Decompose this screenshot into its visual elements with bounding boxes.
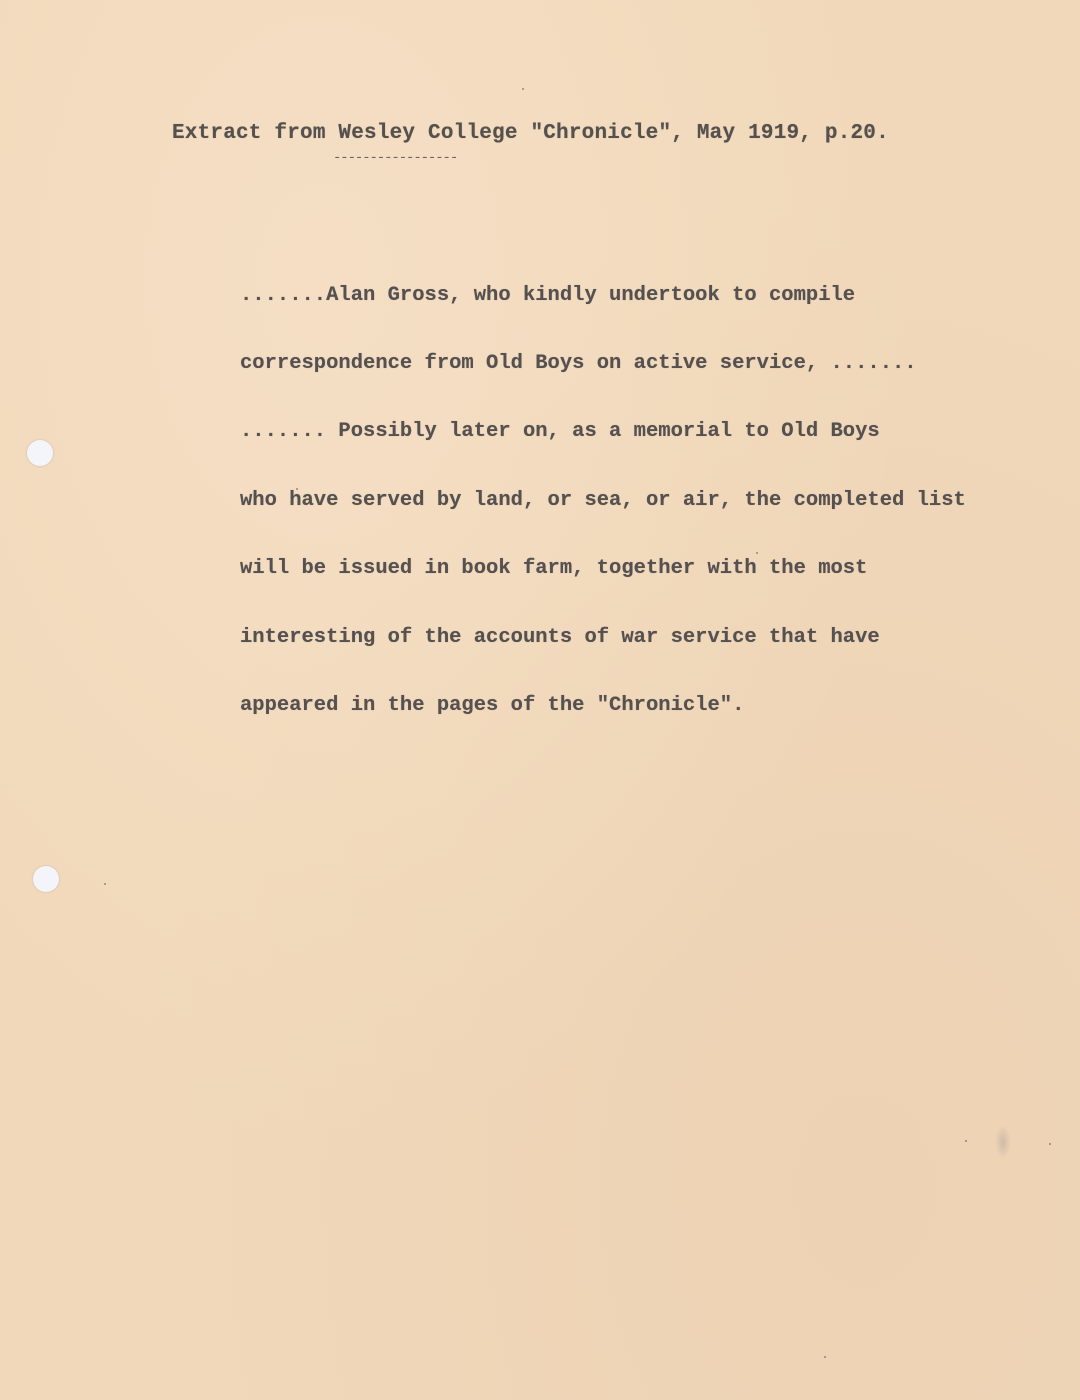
extract-body: .......Alan Gross, who kindly undertook …: [240, 239, 966, 763]
document-page: Extract from Wesley College "Chronicle",…: [0, 0, 1080, 1400]
paper-speck: [824, 1356, 826, 1358]
document-title: Extract from Wesley College "Chronicle",…: [172, 122, 889, 145]
body-line: .......Alan Gross, who kindly undertook …: [240, 285, 966, 308]
paper-smudge: [995, 1125, 1011, 1159]
body-line: who have served by land, or sea, or air,…: [240, 490, 966, 513]
body-line: correspondence from Old Boys on active s…: [240, 353, 966, 376]
body-line: will be issued in book farm, together wi…: [240, 558, 966, 581]
body-line: ....... Possibly later on, as a memorial…: [240, 421, 966, 444]
paper-speck: [522, 88, 524, 90]
title-underline: -----------------: [333, 150, 457, 166]
paper-speck: [296, 488, 298, 490]
punch-hole-bottom: [33, 866, 59, 892]
paper-speck: [104, 883, 106, 885]
paper-speck: [1049, 1143, 1051, 1145]
body-line: appeared in the pages of the "Chronicle"…: [240, 695, 966, 718]
paper-speck: [965, 1140, 967, 1142]
punch-hole-top: [27, 440, 53, 466]
body-line: interesting of the accounts of war servi…: [240, 627, 966, 650]
paper-speck: [756, 552, 758, 554]
